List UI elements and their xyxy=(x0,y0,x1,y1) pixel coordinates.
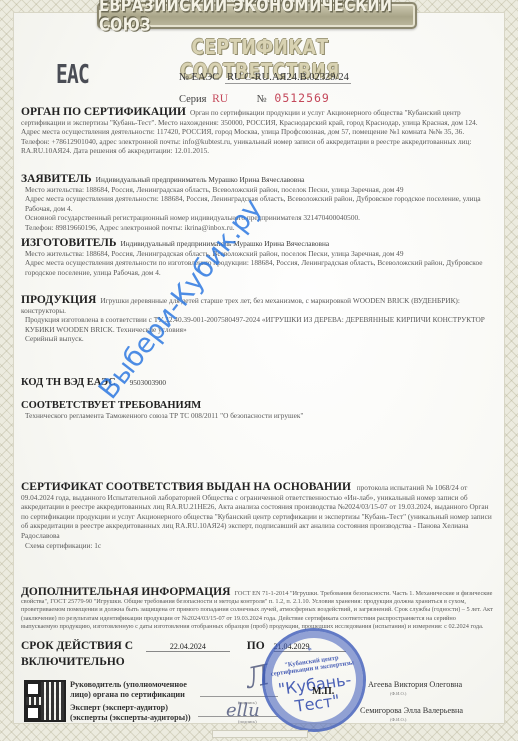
basis-heading: СЕРТИФИКАТ СООТВЕТСТВИЯ ВЫДАН НА ОСНОВАН… xyxy=(21,481,351,493)
expert-signature-icon: ellu xyxy=(226,700,260,721)
head-role: Руководитель (уполномоченное лицо) орган… xyxy=(70,680,187,700)
expert-role-line2: (эксперты (эксперты-аудиторы)) xyxy=(70,713,191,723)
qr-code-icon[interactable] xyxy=(24,680,66,722)
compliance-text: Технического регламента Таможенного союз… xyxy=(21,411,493,421)
product-standard: Продукция изготовлена в соответствии с Т… xyxy=(21,315,493,334)
applicant-residence: Место жительства: 188684, Россия, Ленинг… xyxy=(21,185,493,195)
certification-scheme: Схема сертификации: 1с xyxy=(21,541,493,551)
expert-name: Семигорова Элла Валерьевна xyxy=(360,706,463,715)
product-heading: ПРОДУКЦИЯ xyxy=(21,294,96,306)
expert-role: Эксперт (эксперт-аудитор) (эксперты (экс… xyxy=(70,703,191,723)
certificate-number-value: RU C-RU.АЯ24.В.02329/24 xyxy=(225,72,351,84)
validity-inclusive-label: ВКЛЮЧИТЕЛЬНО xyxy=(21,656,125,668)
union-banner-text: ЕВРАЗИЙСКИЙ ЭКОНОМИЧЕСКИЙ СОЮЗ xyxy=(99,0,415,35)
section-tn-ved: КОД ТН ВЭД ЕАЭС 9503003900 xyxy=(21,378,493,388)
blank-series: Серия RU № 0512569 xyxy=(179,91,330,105)
applicant-name: Индивидуальный предприниматель Мурашко И… xyxy=(96,175,305,184)
section-certification-body: ОРГАН ПО СЕРТИФИКАЦИИОрган по сертификац… xyxy=(21,108,493,156)
seal-label: М.П. xyxy=(312,686,334,697)
expert-fio-caption: (Ф.И.О.) xyxy=(390,717,406,722)
section-product: ПРОДУКЦИЯИгрушки деревянные для детей ст… xyxy=(21,296,493,344)
section-basis: СЕРТИФИКАТ СООТВЕТСТВИЯ ВЫДАН НА ОСНОВАН… xyxy=(21,483,493,550)
head-role-line1: Руководитель (уполномоченное xyxy=(70,680,187,690)
eac-logo-icon: EAC xyxy=(56,60,89,90)
blank-number-label: № xyxy=(257,94,267,105)
additional-info-heading: ДОПОЛНИТЕЛЬНАЯ ИНФОРМАЦИЯ xyxy=(21,586,230,598)
section-compliance: СООТВЕТСТВУЕТ ТРЕБОВАНИЯМ Технического р… xyxy=(21,401,493,420)
series-label: Серия xyxy=(179,94,207,105)
certification-body-heading: ОРГАН ПО СЕРТИФИКАЦИИ xyxy=(21,106,186,118)
product-release: Серийный выпуск. xyxy=(21,334,493,344)
validity-to-label: ПО xyxy=(247,640,265,652)
validity-from-label: СРОК ДЕЙСТВИЯ С xyxy=(21,640,133,652)
footer-plate xyxy=(212,730,308,738)
head-fio-caption: (Ф.И.О.) xyxy=(390,691,406,696)
expert-role-line1: Эксперт (эксперт-аудитор) xyxy=(70,703,191,713)
compliance-heading: СООТВЕТСТВУЕТ ТРЕБОВАНИЯМ xyxy=(21,401,489,411)
blank-number-value: 0512569 xyxy=(274,91,329,105)
manufacturer-residence: Место жительства: 188684, Россия, Ленинг… xyxy=(21,249,493,259)
section-manufacturer: ИЗГОТОВИТЕЛЬИндивидуальный предпринимате… xyxy=(21,239,493,277)
union-banner: ЕВРАЗИЙСКИЙ ЭКОНОМИЧЕСКИЙ СОЮЗ xyxy=(97,2,417,29)
head-name: Агеева Виктория Олеговна xyxy=(368,680,462,689)
head-role-line2: лицо) органа по сертификации xyxy=(70,690,187,700)
certificate-number: № ЕАЭС RU C-RU.АЯ24.В.02329/24 xyxy=(179,72,351,83)
series-value: RU xyxy=(212,93,228,105)
manufacturer-production-address: Адрес места осуществления деятельности п… xyxy=(21,258,493,277)
section-additional-info: ДОПОЛНИТЕЛЬНАЯ ИНФОРМАЦИЯГОСТ EN 71-1-20… xyxy=(21,588,493,631)
validity-from-date: 22.04.2024 xyxy=(146,642,230,652)
applicant-heading: ЗАЯВИТЕЛЬ xyxy=(21,173,92,185)
manufacturer-heading: ИЗГОТОВИТЕЛЬ xyxy=(21,237,116,249)
certificate-number-label: № ЕАЭС xyxy=(179,72,219,83)
